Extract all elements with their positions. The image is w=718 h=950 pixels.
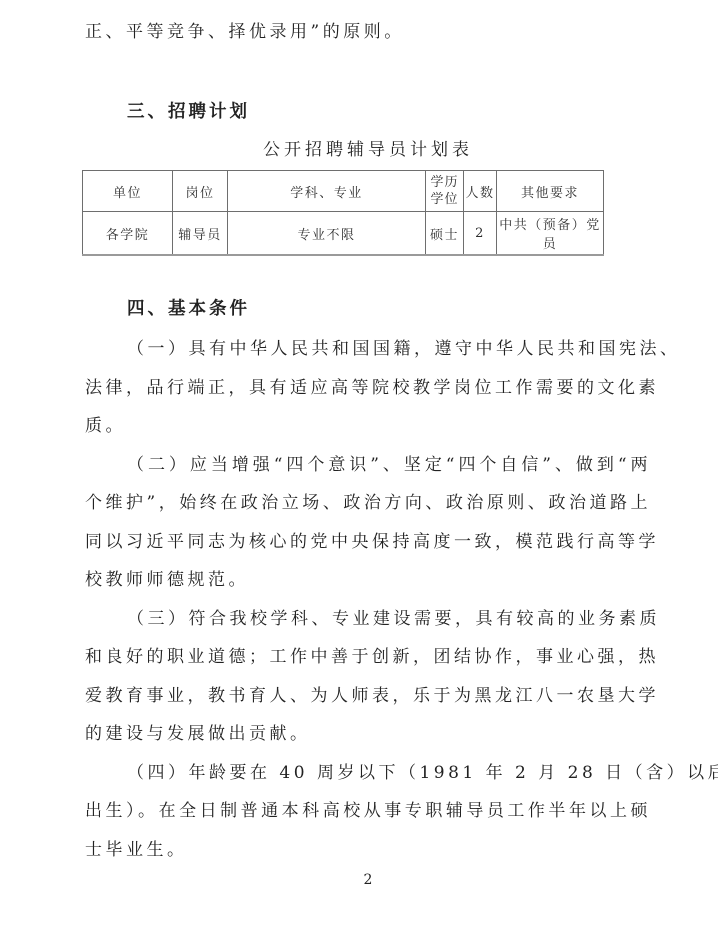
paragraph-1-line-2: 法律，品行端正，具有适应高等院校教学岗位工作需要的文化素 bbox=[85, 369, 651, 408]
paragraph-3-line-4: 的建设与发展做出贡献。 bbox=[85, 715, 651, 754]
paragraph-4-line-2: 出生）。在全日制普通本科高校从事专职辅导员工作半年以上硕 bbox=[85, 792, 651, 831]
paragraph-3-line-2: 和良好的职业道德；工作中善于创新，团结协作，事业心强，热 bbox=[85, 638, 651, 677]
paragraph-2-line-4: 校教师师德规范。 bbox=[85, 561, 651, 600]
table-cell-discipline: 专业不限 bbox=[228, 212, 426, 256]
section-heading-basic-conditions: 四、基本条件 bbox=[127, 297, 647, 321]
table-header-degree-text: 学历学位 bbox=[430, 174, 460, 208]
section-heading-recruitment-plan: 三、招聘计划 bbox=[127, 100, 647, 124]
table-cell-degree: 硕士 bbox=[426, 212, 464, 256]
table-header-degree: 学历学位 bbox=[426, 171, 464, 212]
table-header-row: 单位 岗位 学科、专业 学历学位 人数 其他要求 bbox=[83, 171, 604, 212]
paragraph-2-line-1: （二）应当增强“四个意识”、坚定“四个自信”、做到“两 bbox=[85, 446, 651, 485]
table-header-discipline: 学科、专业 bbox=[228, 171, 426, 212]
table-row: 各学院 辅导员 专业不限 硕士 2 中共（预备）党员 bbox=[83, 212, 604, 256]
table-header-count: 人数 bbox=[464, 171, 497, 212]
page-number: 2 bbox=[85, 872, 651, 888]
paragraph-4-line-1: （四）年龄要在 40 周岁以下（1981 年 2 月 28 日（含）以后 bbox=[85, 754, 651, 793]
table-header-position: 岗位 bbox=[173, 171, 228, 212]
table-cell-unit: 各学院 bbox=[83, 212, 173, 256]
table-header-other: 其他要求 bbox=[497, 171, 604, 212]
continuation-paragraph-line: 正、平等竞争、择优录用”的原则。 bbox=[85, 20, 651, 44]
table-cell-count: 2 bbox=[464, 212, 497, 256]
document-page: 正、平等竞争、择优录用”的原则。 三、招聘计划 公开招聘辅导员计划表 单位 岗位… bbox=[0, 0, 718, 950]
paragraph-4-line-3: 士毕业生。 bbox=[85, 831, 651, 870]
paragraph-2-line-2: 个维护”，始终在政治立场、政治方向、政治原则、政治道路上 bbox=[85, 484, 651, 523]
paragraph-3-line-3: 爱教育事业，教书育人、为人师表，乐于为黑龙江八一农垦大学 bbox=[85, 677, 651, 716]
recruitment-plan-table: 单位 岗位 学科、专业 学历学位 人数 其他要求 各学院 辅导员 专业不限 硕士… bbox=[82, 170, 604, 256]
table-cell-other: 中共（预备）党员 bbox=[497, 212, 604, 256]
paragraph-1-line-1: （一）具有中华人民共和国国籍，遵守中华人民共和国宪法、 bbox=[85, 330, 651, 369]
body-text: （一）具有中华人民共和国国籍，遵守中华人民共和国宪法、 法律，品行端正，具有适应… bbox=[85, 330, 651, 869]
paragraph-1-line-3: 质。 bbox=[85, 407, 651, 446]
table-caption: 公开招聘辅导员计划表 bbox=[85, 139, 651, 161]
paragraph-2-line-3: 同以习近平同志为核心的党中央保持高度一致，模范践行高等学 bbox=[85, 523, 651, 562]
paragraph-3-line-1: （三）符合我校学科、专业建设需要，具有较高的业务素质 bbox=[85, 600, 651, 639]
table-cell-position: 辅导员 bbox=[173, 212, 228, 256]
table-header-unit: 单位 bbox=[83, 171, 173, 212]
